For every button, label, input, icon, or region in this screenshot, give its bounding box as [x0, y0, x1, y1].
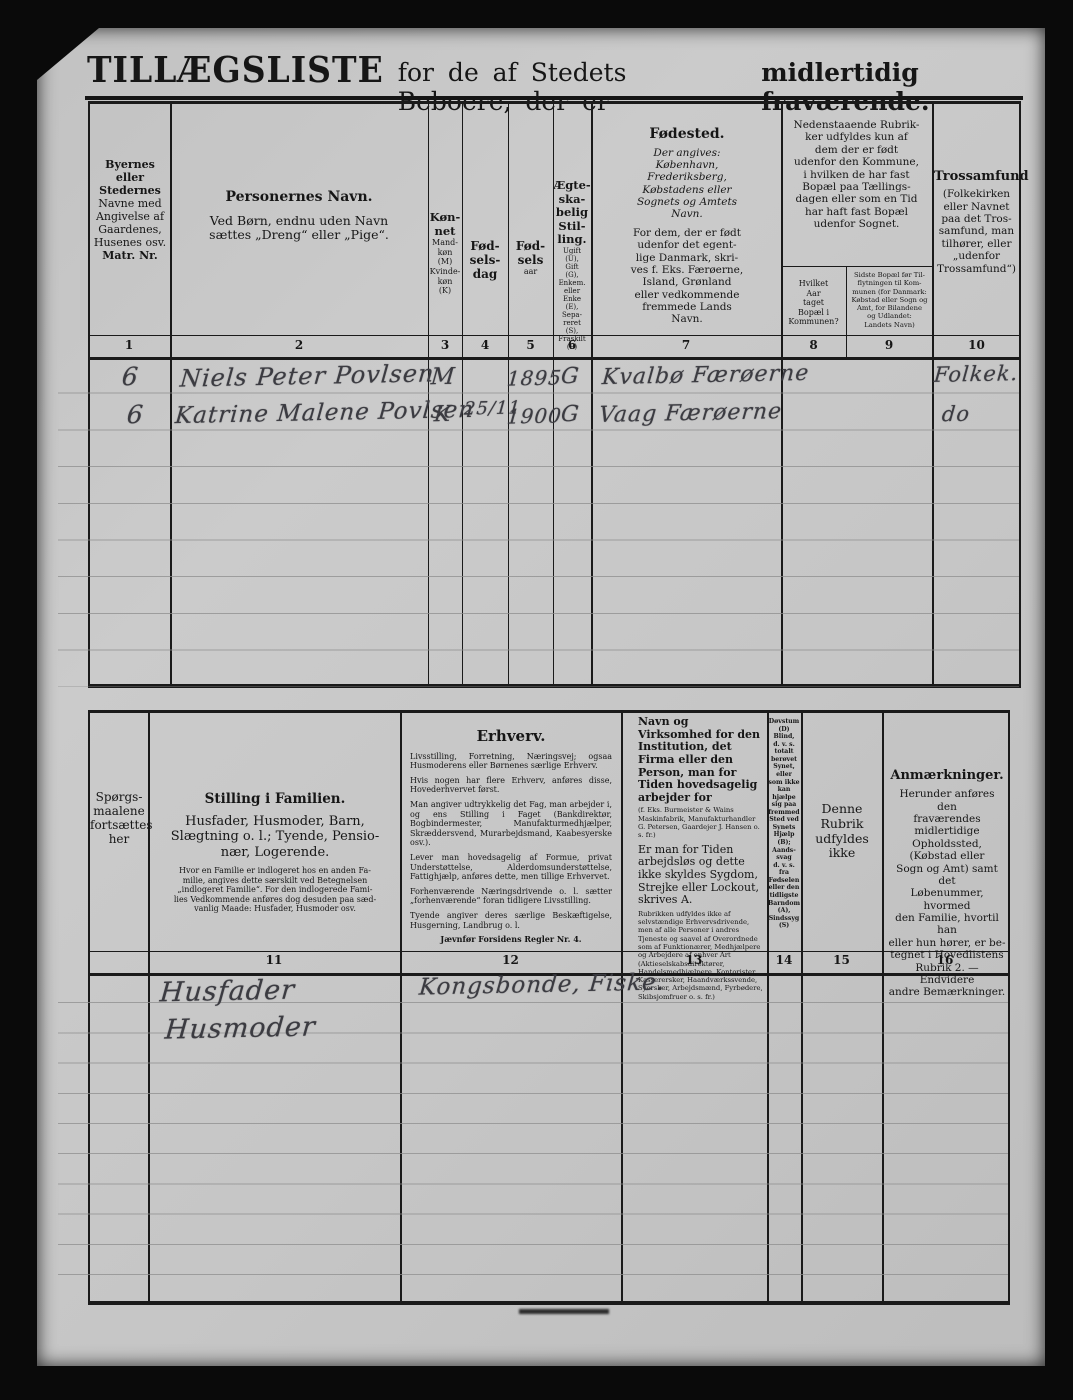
col7-header: Fødested. Der angives: København, Freder…	[593, 126, 781, 326]
col12-para5: Forhenværende Næringsdrivende o. l. sætt…	[410, 887, 612, 906]
col-number-2: 2	[170, 338, 428, 352]
col1-header-top: Byernes eller Stedernes	[90, 159, 170, 198]
col-number-9: 9	[846, 338, 932, 352]
col10-subtitle: (Folkekirken eller Navnet paa det Tros- …	[934, 188, 1019, 275]
col11-header: Stilling i Familien. Husfader, Husmoder,…	[150, 792, 400, 914]
scanned-census-page: TILLÆGSLISTE for de af Stedets Beboere, …	[0, 0, 1073, 1400]
col8-text: Hvilket Aar taget Bopæl i Kommunen?	[781, 279, 846, 327]
col5-subtitle: aar	[508, 267, 553, 277]
table-border	[88, 710, 1010, 713]
col-number-11: 11	[148, 953, 400, 967]
entry-row2-birthplace: Vaag Færøerne	[598, 399, 783, 428]
col-number-4: 4	[462, 338, 508, 352]
entry-row1-erhverv: Kongsbonde, Fiske.	[418, 969, 666, 1000]
col16-title: Anmærkninger.	[888, 768, 1006, 783]
entry-row1-religion: Folkek.	[933, 361, 1019, 387]
col-number-15: 15	[801, 953, 882, 967]
entry-row2-stilling: Husmoder	[164, 1011, 317, 1045]
col11-fine-print: Hvor en Familie er indlogeret hos en and…	[150, 866, 400, 914]
table-border	[88, 951, 1010, 952]
col4-header: Fød- sels- dag	[462, 239, 508, 281]
col13-para3: Er man for Tiden arbejdsløs og dette ikk…	[638, 844, 764, 907]
col-number-8: 8	[781, 338, 846, 352]
col1-header-mid: Navne med Angivelse af Gaardenes, Husene…	[90, 198, 170, 250]
col-number-1: 1	[88, 338, 170, 352]
col8-9-shared-header: Nedenstaaende Rubrik- ker udfyldes kun a…	[783, 119, 930, 230]
col-number-14: 14	[767, 953, 801, 967]
col-number-10: 10	[932, 338, 1021, 352]
col3-title: Køn- net	[428, 211, 462, 238]
entry-row1-birthyear: 1895	[506, 365, 563, 390]
col4-title: Fød- sels- dag	[462, 239, 508, 281]
col12-header: Erhverv. Livsstilling, Forretning, Nærin…	[410, 728, 612, 945]
table-border	[88, 101, 1021, 104]
col-number-7: 7	[591, 338, 781, 352]
col10-title: Trossamfund	[934, 169, 1019, 184]
col12-para4: Lever man hovedsagelig af Formue, privat…	[410, 853, 612, 882]
col-number-6: 6	[553, 338, 591, 352]
col12-para3: Man angiver udtrykkelig det Fag, man arb…	[410, 800, 612, 848]
col10-header: Trossamfund (Folkekirken eller Navnet pa…	[934, 169, 1019, 275]
col12-para6: Tyende angiver deres særlige Beskæftigel…	[410, 911, 612, 930]
entry-row1-matr: 6	[121, 362, 140, 391]
col12-para1: Livsstilling, Forretning, Næringsvej; og…	[410, 752, 612, 771]
entry-row2-religion: do	[941, 402, 971, 427]
col16-text: Herunder anføres den fraværendes midlert…	[888, 788, 1006, 998]
col2-title: Personernes Navn.	[172, 189, 426, 206]
col1-header-bottom: Matr. Nr.	[90, 250, 170, 263]
col8-header: Hvilket Aar taget Bopæl i Kommunen?	[781, 279, 846, 327]
printer-imprint	[519, 1309, 609, 1314]
entry-row1-name: Niels Peter Povlsen	[179, 359, 436, 392]
col-number-16: 16	[882, 953, 1008, 967]
col13-para1: Navn og Virksomhed for den Institution, …	[638, 716, 764, 804]
col6-header: Ægte- ska- belig Stil- ling. Ugift (U), …	[553, 179, 591, 351]
col9-text: Sidste Bopæl før Til- flytningen til Kom…	[847, 271, 932, 329]
table-border	[781, 266, 932, 267]
col14-text: Døvstum (D) Blind, d. v. s. totalt berøv…	[768, 718, 800, 930]
col9-header: Sidste Bopæl før Til- flytningen til Kom…	[847, 271, 932, 329]
entry-row2-marital: G	[560, 402, 581, 427]
col-number-5: 5	[508, 338, 553, 352]
col7-sub1: Der angives: København, Frederiksberg, K…	[593, 147, 781, 221]
col2-subtitle: Ved Børn, endnu uden Navn sættes „Dreng“…	[172, 214, 426, 244]
entry-row1-stilling: Husfader	[159, 975, 297, 1009]
col7-sub2: For dem, der er født udenfor det egent- …	[593, 227, 781, 326]
entry-row1-marital: G	[560, 364, 581, 389]
col7-title: Fødested.	[593, 126, 781, 143]
entry-row2-matr: 6	[126, 400, 145, 429]
col-number-12: 12	[400, 953, 621, 967]
col-number-13: 13	[621, 953, 767, 967]
title-divider	[85, 96, 1023, 100]
col11-title: Stilling i Familien.	[150, 792, 400, 808]
col6-title: Ægte- ska- belig Stil- ling.	[553, 179, 591, 247]
col12-para2: Hvis nogen har flere Erhverv, anføres di…	[410, 776, 612, 795]
entry-row1-birthplace: Kvalbø Færøerne	[601, 361, 810, 390]
col-number-3: 3	[428, 338, 462, 352]
entry-row2-birthyear: 1900	[506, 403, 563, 428]
census-form-paper: TILLÆGSLISTE for de af Stedets Beboere, …	[37, 28, 1045, 1366]
col14-header: Døvstum (D) Blind, d. v. s. totalt berøv…	[768, 718, 800, 930]
col3-header: Køn- net Mand- køn (M) Kvinde- køn (K)	[428, 211, 462, 296]
col11-subtitle: Husfader, Husmoder, Barn, Slægtning o. l…	[150, 814, 400, 860]
col12-para7: Jævnfør Forsidens Regler Nr. 4.	[410, 935, 612, 945]
col15-header: Denne Rubrik udfyldes ikke	[803, 802, 881, 861]
continuation-label: Spørgs- maalene fortsættes her	[90, 790, 148, 847]
col13-para2: (f. Eks. Burmeister & Wains Maskinfabrik…	[638, 806, 764, 839]
col12-title: Erhverv.	[410, 728, 612, 746]
col1-header: Byernes eller Stedernes Navne med Angive…	[90, 159, 170, 263]
entry-row2-sex: K	[433, 402, 453, 427]
page-title-main: TILLÆGSLISTE	[87, 48, 384, 90]
entry-row1-sex: M	[430, 364, 457, 391]
col6-subtitle: Ugift (U), Gift (G), Enkem. eller Enke (…	[553, 247, 591, 352]
table-lower: Spørgs- maalene fortsættes her Stilling …	[88, 710, 1010, 1305]
col5-title: Fød- sels	[508, 239, 553, 267]
col2-header: Personernes Navn. Ved Børn, endnu uden N…	[172, 189, 426, 243]
col5-header: Fød- sels aar	[508, 239, 553, 277]
col3-subtitle: Mand- køn (M) Kvinde- køn (K)	[428, 238, 462, 296]
col8-9-shared-text: Nedenstaaende Rubrik- ker udfyldes kun a…	[783, 119, 930, 230]
table-upper: Byernes eller Stedernes Navne med Angive…	[88, 101, 1021, 688]
